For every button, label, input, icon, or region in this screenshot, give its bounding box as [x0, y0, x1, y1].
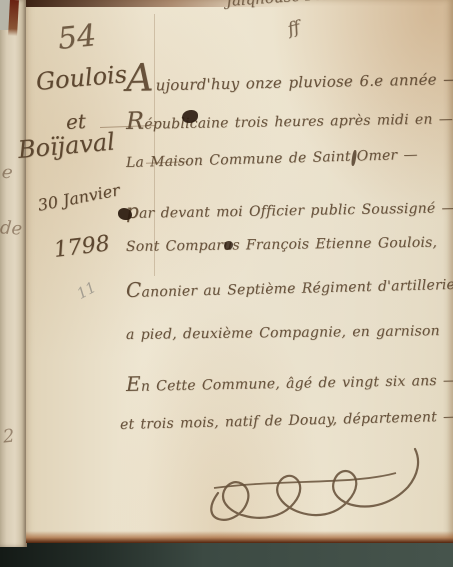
body-line-1: Aujourd'huy onze pluviose 6.e année — [126, 49, 453, 100]
signature-paraph-flourish [160, 443, 440, 535]
margin-name-goulois: Goulois [35, 60, 128, 96]
ink-blot [118, 208, 132, 220]
body-line-7: a pied, deuxième Compagnie, en garnison [126, 323, 440, 343]
bleed-through-fragment: 2 [2, 425, 16, 447]
body-line-5: Sont Comparus François Etienne Goulois, [126, 235, 437, 255]
body-line-9: et trois mois, natif de Douay, départeme… [120, 409, 453, 433]
pencil-ghost-marks: 11 [74, 278, 99, 303]
margin-rule-line [154, 14, 155, 276]
body-line-6: Canonier au Septième Régiment d'artiller… [126, 270, 453, 302]
entry-number: 54 [56, 18, 98, 57]
register-photo: e de 2 Jalqhouse Flord ff 54 Goulois et … [0, 0, 453, 567]
body-line-8: En Cette Commune, âgé de vingt six ans — [126, 366, 453, 396]
margin-date-day-month: 30 Janvier [36, 180, 121, 214]
book-page-edges: e de 2 [0, 0, 27, 547]
previous-entry-paraph: ff [286, 17, 303, 39]
bleed-through-fragment: de [0, 217, 23, 239]
register-page: Jalqhouse Flord ff 54 Goulois et Boïjava… [26, 0, 453, 543]
page-top-left-burnt-edge [8, 0, 19, 36]
body-line-4: par devant moi Officier public Soussigné… [126, 193, 453, 223]
previous-entry-signature: Jalqhouse Flord [225, 0, 346, 10]
bleed-through-fragment: e [1, 161, 14, 183]
margin-name-boijaval: Boïjaval [17, 128, 116, 164]
body-line-3: La Maison Commune de Saint Omer — [126, 147, 418, 171]
margin-date-year: 1798 [52, 231, 111, 263]
body-line-2: Républicaine trois heures après midi en … [126, 101, 453, 135]
